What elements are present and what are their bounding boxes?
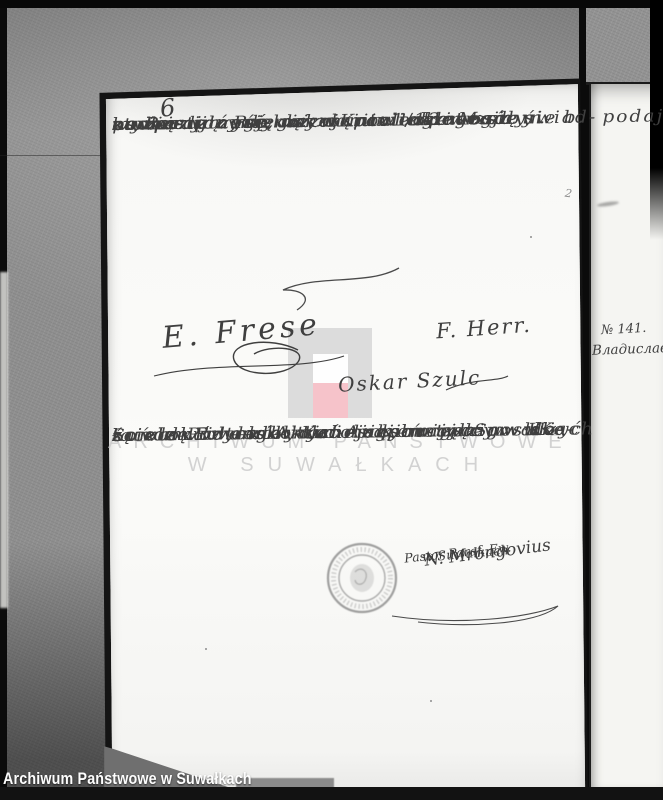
paper-speck — [205, 648, 207, 650]
top-black-frame — [0, 0, 663, 8]
scan-backing-right-corner — [586, 7, 652, 85]
next-page-record-number: № 141. — [601, 321, 647, 338]
paper-speck — [430, 700, 432, 702]
archival-scan-viewport: № 141. Владиславовъ ARCHIWUM PAŃSTWOWE W… — [0, 0, 663, 800]
archive-caption: Archiwum Państwowe w Suwałkach — [3, 769, 252, 789]
backing-scratch-line — [0, 155, 102, 156]
text-line: podpisują — [112, 116, 222, 134]
next-page-place-name: Владиславовъ — [592, 339, 663, 359]
text-line: łączam . — — [112, 426, 253, 444]
left-edge-highlight — [0, 272, 8, 608]
paper-speck — [530, 236, 532, 238]
ink-smudge — [597, 200, 619, 207]
watermark-text-line2: W SUWAŁKACH — [108, 454, 572, 477]
round-seal-stamp-icon — [322, 540, 402, 618]
